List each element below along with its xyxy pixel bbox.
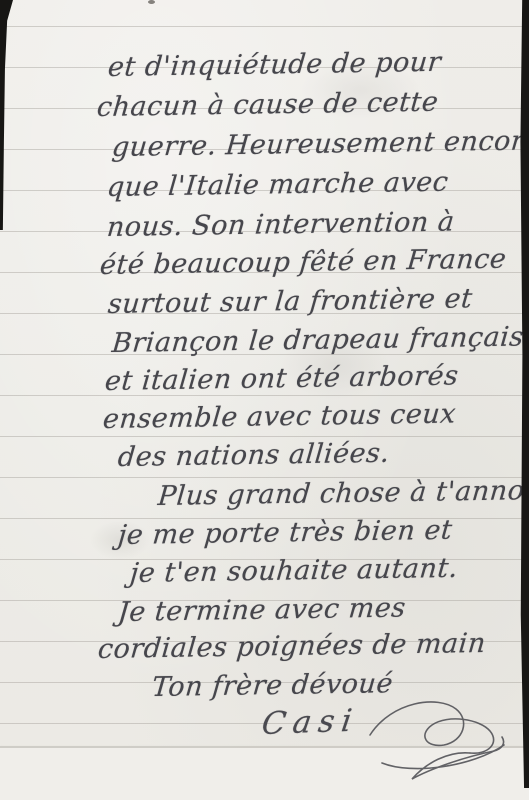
letter-page: et d'inquiétude de pour chacun à cause d… — [0, 0, 529, 800]
handwriting-line: guerre. Heureusement encore — [111, 125, 529, 163]
handwriting-line: surtout sur la frontière et — [107, 283, 474, 320]
handwriting-line: que l'Italie marche avec — [106, 167, 450, 203]
handwriting-line: cordiales poignées de main — [97, 628, 488, 665]
signature: Casi — [259, 703, 361, 742]
handwriting-line: je me porte très bien et — [117, 515, 454, 551]
handwriting-line-paragraph-indent: Plus grand chose à t'annoncer — [157, 474, 529, 512]
handwriting-line: chacun à cause de cette — [96, 87, 440, 123]
handwriting-line: et italien ont été arborés — [104, 360, 460, 397]
handwriting-line: Je termine avec mes — [117, 592, 407, 628]
handwriting-line: nous. Son intervention à — [106, 207, 456, 243]
photo-speck — [148, 0, 155, 4]
handwriting-line: été beaucoup fêté en France — [99, 244, 508, 281]
handwriting-line: et d'inquiétude de pour — [107, 47, 443, 83]
handwriting-line: Briançon le drapeau français — [111, 322, 526, 359]
handwriting-line: des nations alliées. — [117, 438, 391, 473]
handwriting-line: je t'en souhaite autant. — [129, 553, 460, 589]
handwriting-line: ensemble avec tous ceux — [102, 398, 458, 435]
signature-flourish — [352, 693, 512, 793]
